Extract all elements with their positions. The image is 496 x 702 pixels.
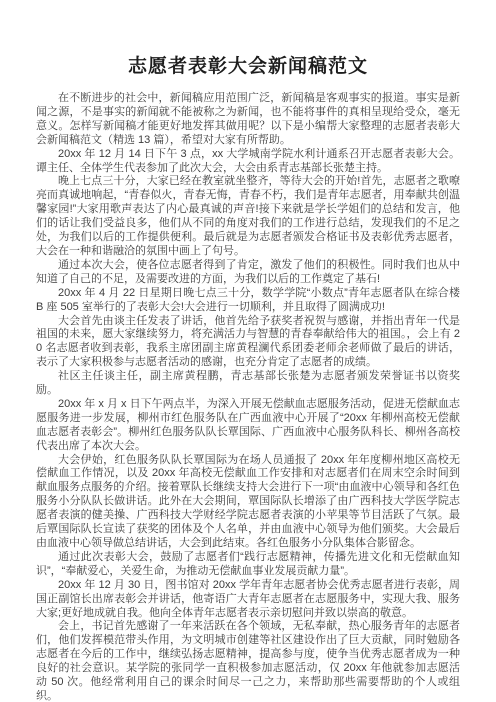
page-title: 志愿者表彰大会新闻稿范文 <box>36 54 460 80</box>
paragraph: 20xx 年 4 月 22 日星期日晚七点三十分，数学学院“小数点”青年志愿者队… <box>36 287 460 315</box>
paragraph: 通过此次表彰大会，鼓励了志愿者们“践行志愿精神，传播先进文化和无偿献血知识”，“… <box>36 551 460 579</box>
document-body: 在不断进步的社会中，新闻稿应用范围广泛，新闻稿是客观事实的报道。事实是新闻之源，… <box>36 92 460 702</box>
paragraph: 大会首先由谈主任发表了讲话，他首先给予获奖者祝贺与感谢，并指出青年一代是祖国的未… <box>36 315 460 371</box>
paragraph: 20xx 年 12 月 30 日，图书馆对 20xx 学年青年志愿者协会优秀志愿… <box>36 579 460 621</box>
paragraph: 在不断进步的社会中，新闻稿应用范围广泛，新闻稿是客观事实的报道。事实是新闻之源，… <box>36 92 460 148</box>
paragraph: 社区主任谈主任，副主席黄程鹏，青志基部长张楚为志愿者颁发荣誉证书以资奖励。 <box>36 370 460 398</box>
paragraph: 会上，书记首先感谢了一年来活跃在各个领域，无私奉献，热心服务青年的志愿者们，他们… <box>36 620 460 702</box>
document-page: 志愿者表彰大会新闻稿范文 在不断进步的社会中，新闻稿应用范围广泛，新闻稿是客观事… <box>0 0 496 702</box>
paragraph: 20xx 年 x 月 x 日下午两点半，为深入开展无偿献血志愿服务活动，促进无偿… <box>36 398 460 454</box>
paragraph: 通过本次大会，使各位志愿者得到了肯定，激发了他们的积极性。同时我们也从中知道了自… <box>36 259 460 287</box>
paragraph: 20xx 年 12 月 14 日下午 3 点，xx 大学城南学院水利计通系召开志… <box>36 148 460 176</box>
paragraph: 大会伊始，红色服务队队长覃国际为在场人员通报了 20xx 年年度柳州地区高校无偿… <box>36 454 460 551</box>
paragraph: 晚上七点三十分，大家已经在教室就坐整齐，等待大会的开始!首先，志愿者之歌嘹亮而真… <box>36 175 460 258</box>
